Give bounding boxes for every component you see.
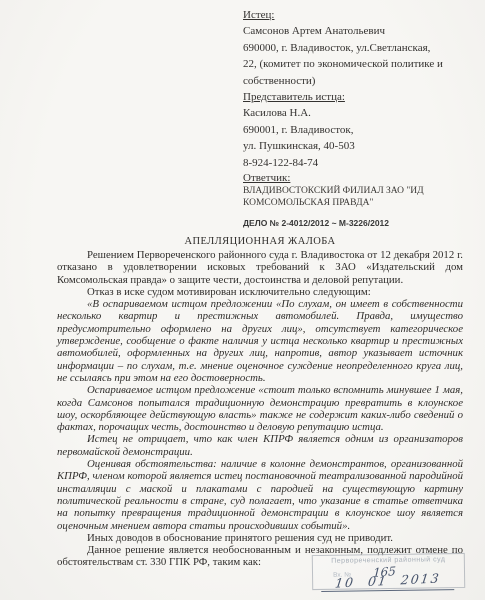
stamp-date-handwritten: 10 01 2013: [334, 570, 441, 590]
stamp-date-line: 10 01 2013: [321, 571, 454, 592]
body-paragraph: Отказ в иске судом мотивирован исключите…: [57, 286, 463, 298]
representative-phone: 8-924-122-84-74: [243, 155, 471, 171]
body-paragraph: Решением Первореченского районного суда …: [57, 249, 463, 286]
body-paragraph-quote: Оценивая обстоятельства: наличие в колон…: [57, 458, 463, 532]
body-paragraph: Иных доводов в обоснование принятого реш…: [57, 532, 463, 544]
court-registration-stamp: Первореченский районный суд Вх. № 165 10…: [312, 553, 465, 590]
body-paragraph-quote: Истец не отрицает, что как член КПРФ явл…: [57, 433, 463, 458]
body-paragraph-quote: «В оспариваемом истцом предложении «По с…: [57, 298, 463, 384]
plaintiff-address-line: собственности): [243, 73, 471, 89]
defendant-name-line: ВЛАДИВОСТОКСКИЙ ФИЛИАЛ ЗАО "ИД: [243, 185, 471, 198]
defendant-label: Ответчик:: [243, 171, 471, 185]
scanned-appeal-document: Истец: Самсонов Артем Анатольевич 690000…: [0, 0, 485, 600]
header-parties: Истец: Самсонов Артем Анатольевич 690000…: [243, 7, 471, 228]
defendant-name-line: КОМСОМОЛЬСКАЯ ПРАВДА": [243, 197, 471, 210]
plaintiff-address-line: 22, (комитет по экономической политике и: [243, 56, 471, 72]
case-number: ДЕЛО № 2-4012/2012 ~ М-3226/2012: [243, 218, 471, 228]
plaintiff-label: Истец:: [243, 7, 471, 23]
document-body: Решением Первореченского районного суда …: [57, 249, 463, 569]
representative-label: Представитель истца:: [243, 89, 471, 105]
representative-address-line: ул. Пушкинская, 40-503: [243, 138, 471, 154]
plaintiff-name: Самсонов Артем Анатольевич: [243, 23, 471, 39]
plaintiff-address-line: 690000, г. Владивосток, ул.Светланская,: [243, 40, 471, 56]
document-title: АПЕЛЛЯЦИОННАЯ ЖАЛОБА: [57, 236, 463, 247]
representative-name: Касилова Н.А.: [243, 105, 471, 121]
representative-address-line: 690001, г. Владивосток,: [243, 122, 471, 138]
body-paragraph-quote: Оспариваемое истцом предложение «стоит т…: [57, 384, 463, 433]
